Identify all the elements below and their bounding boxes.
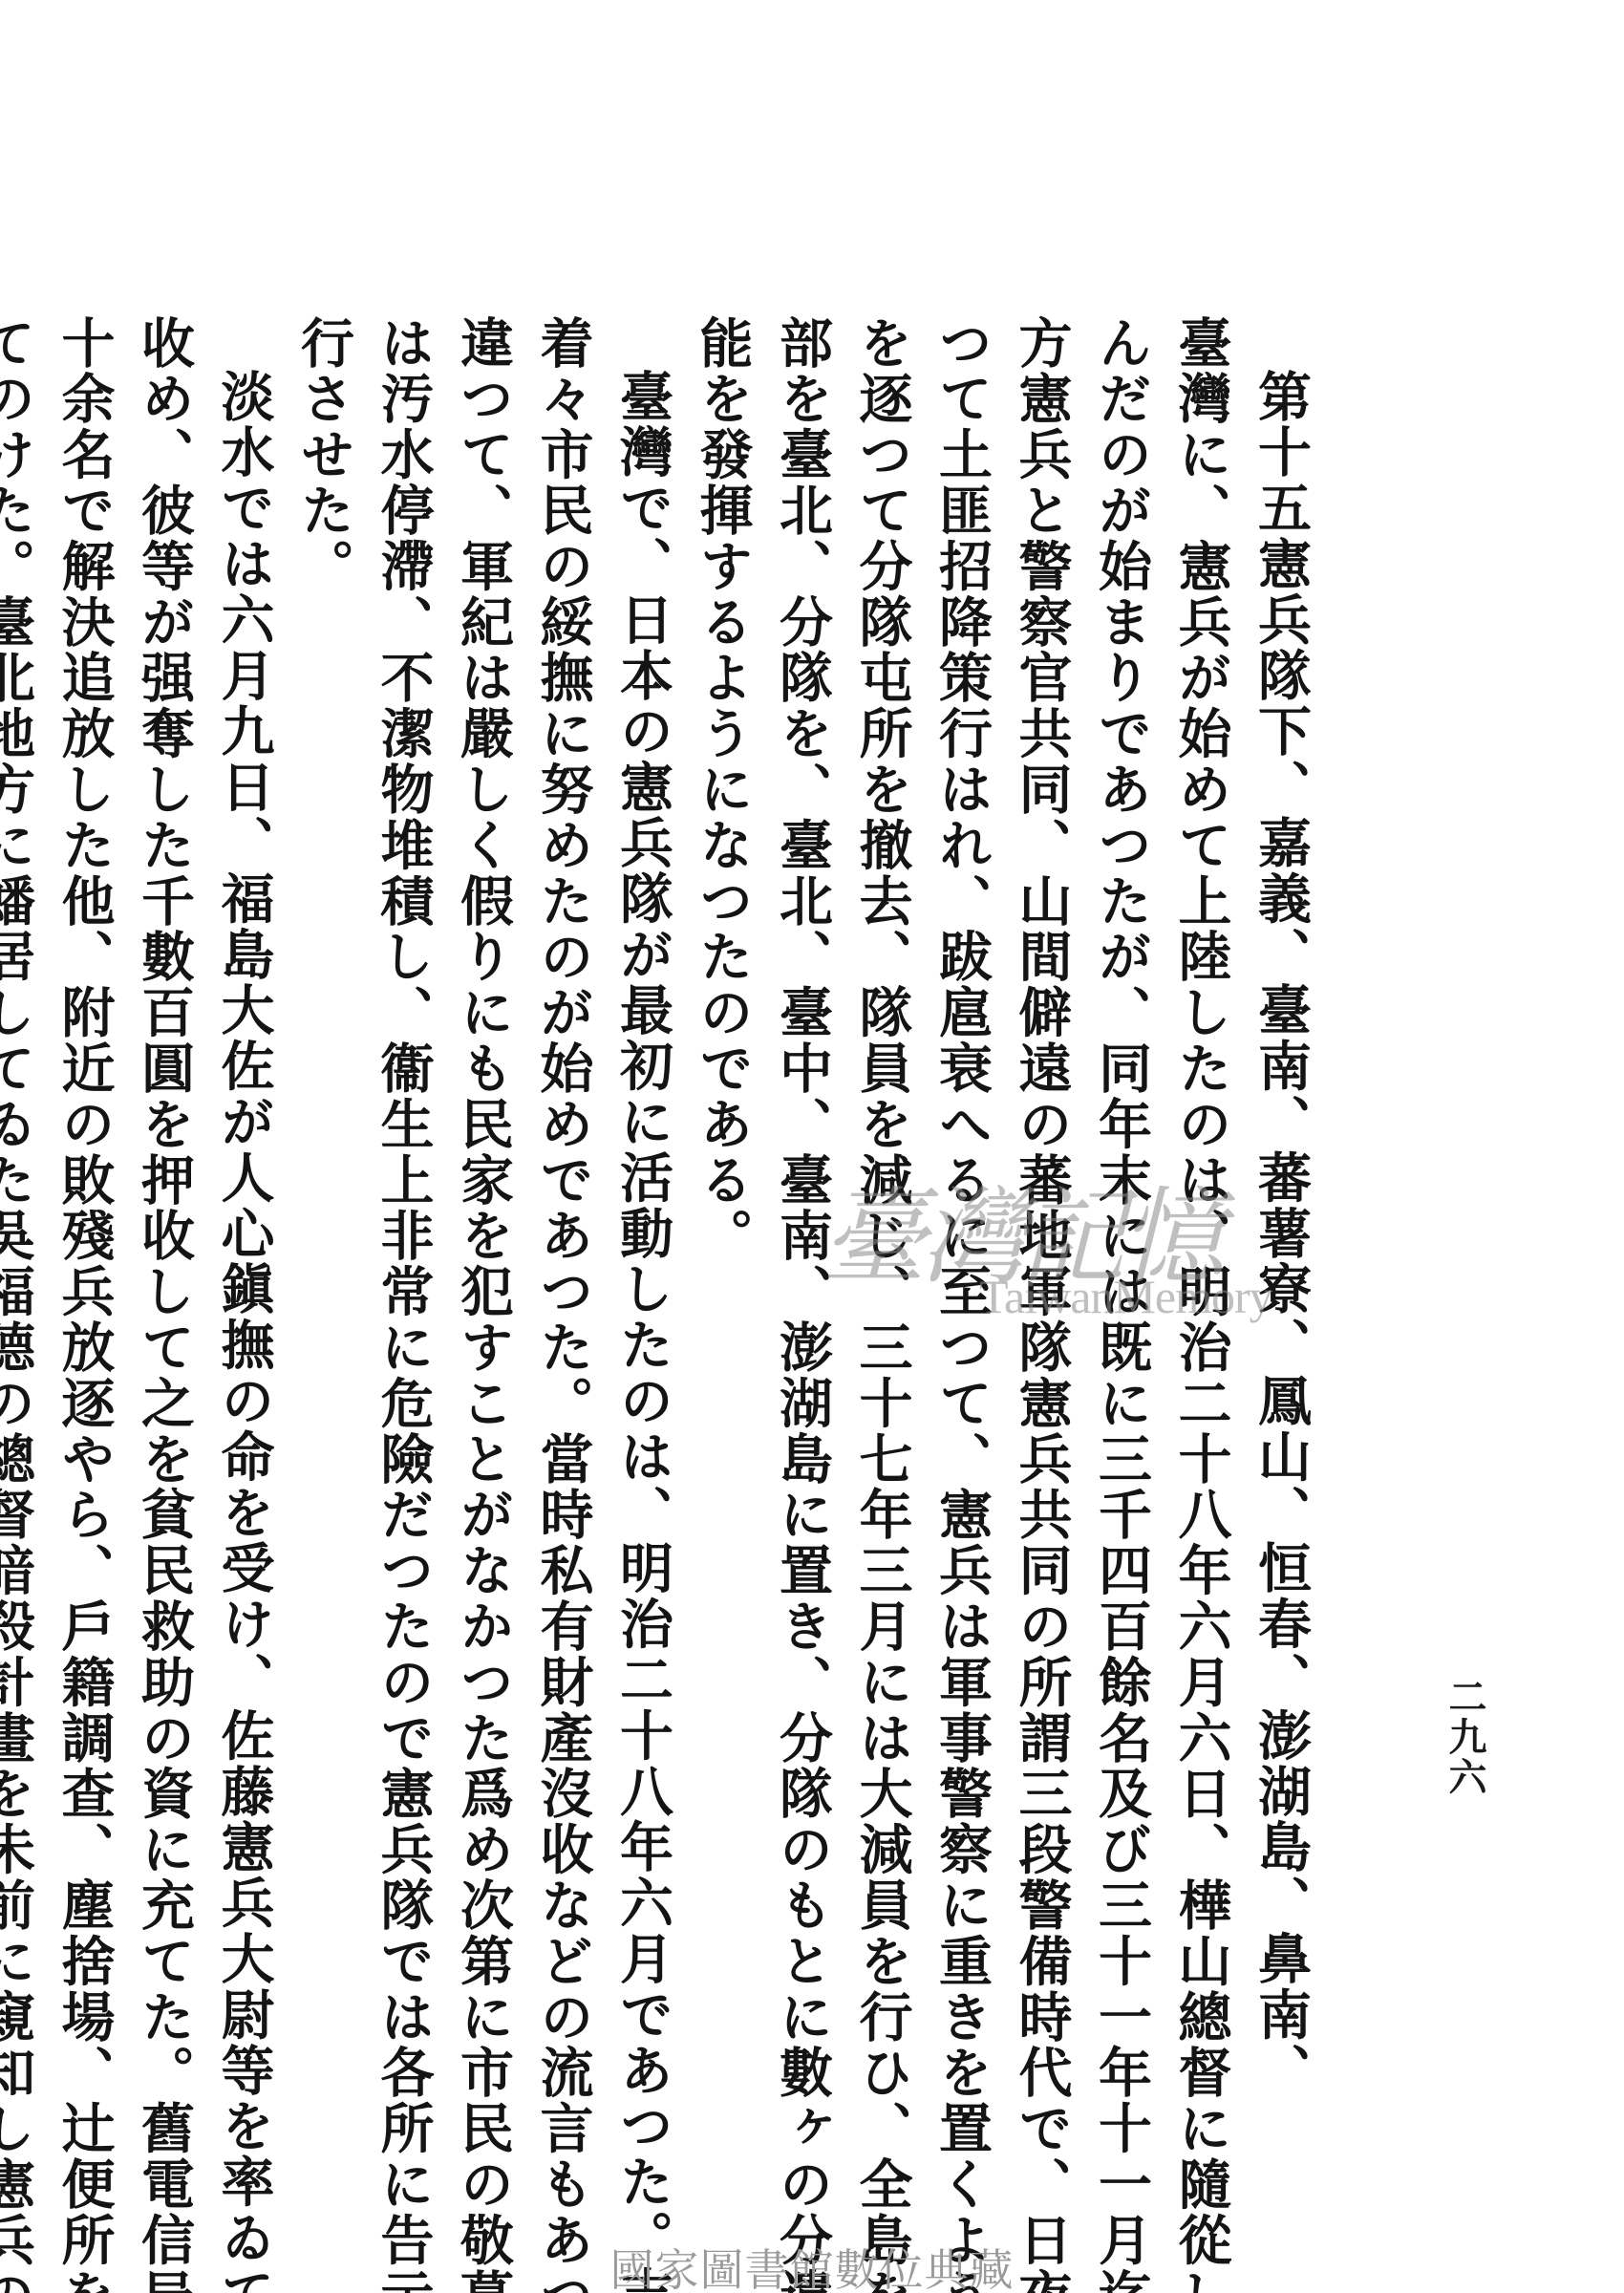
text-line: つて土匪招降策行はれ、跋扈衰へるに至つて、憲兵は軍事警察に重きを置くようになつて… <box>922 315 1002 2111</box>
text-line: んだのが始まりであつたが、同年末には既に三千四百餘名及び三十一年十一月迄は、平地… <box>1081 315 1162 2111</box>
heading-line: 第十五憲兵隊下、嘉義、臺南、蕃薯寮、鳳山、恒春、澎湖島、鼻南、 <box>1241 315 1321 2111</box>
text-line: 方憲兵と警察官共同、山間僻遠の蕃地軍隊憲兵共同の所謂三段警備時代で、日夜土匪捜索… <box>1001 315 1081 2111</box>
text-line: は汚水停滯、不潔物堆積し、衞生上非常に危險だつたので憲兵隊では各所に告示を揭げ、… <box>363 315 443 2111</box>
paragraph-start-line: 臺灣で、日本の憲兵隊が最初に活動したのは、明治二十八年六月であつた。志水陸軍大佐… <box>603 315 683 2111</box>
text-line: てのけた。臺北地方に蟠居してゐた吳福德の總督暗殺計畫を未前に窺知し憲兵の放つたス… <box>0 315 44 2111</box>
text-line: 臺灣に、憲兵が始めて上陸したのは、明治二十八年六月六日、樺山總督に隨從して、憲兵… <box>1161 315 1241 2111</box>
text-line: 違つて、軍紀は嚴しく假りにも民家を犯すことがなかつた爲め次第に市民の敬慕を受ける… <box>443 315 524 2111</box>
text-line: を逐つて分隊屯所を撤去、隊員を減じ、三十七年三月には大減員を行ひ、全島を通じて、… <box>842 315 922 2111</box>
paragraph-start-line: 淡水では六月九日、福島大佐が人心鎭撫の命を受け、佐藤憲兵大尉等を率ゐて上陸し、佐… <box>203 315 284 2111</box>
text-line: 收め、彼等が强奪した千數百圓を押收して之を貧民救助の資に充てた。舊電信局にあつた… <box>124 315 204 2111</box>
text-line: 行させた。 <box>284 315 364 2111</box>
text-line: 着々市民の綏撫に努めたのが始めであつた。當時私有財產沒收などの流言もあつたが、佛… <box>523 315 603 2111</box>
page-number: 二九六 <box>1438 1677 1492 1797</box>
scanned-page: 第十五憲兵隊下、嘉義、臺南、蕃薯寮、鳳山、恒春、澎湖島、鼻南、 臺灣に、憲兵が始… <box>0 0 1624 2293</box>
body-text: 第十五憲兵隊下、嘉義、臺南、蕃薯寮、鳳山、恒春、澎湖島、鼻南、 臺灣に、憲兵が始… <box>0 315 1320 2111</box>
text-line: 十余名で解決追放した他、附近の敗殘兵放逐やら、戶籍調查、塵捨場、辻便所を新設する… <box>44 315 124 2111</box>
text-line: 能を發揮するようになつたのである。 <box>682 315 762 2111</box>
footer-credit: 國家圖書館數位典藏 <box>0 2236 1624 2293</box>
text-line: 部を臺北、分隊を、臺北、臺中、臺南、澎湖島に置き、分隊のもとに數ヶの分遣所を置く… <box>762 315 843 2111</box>
